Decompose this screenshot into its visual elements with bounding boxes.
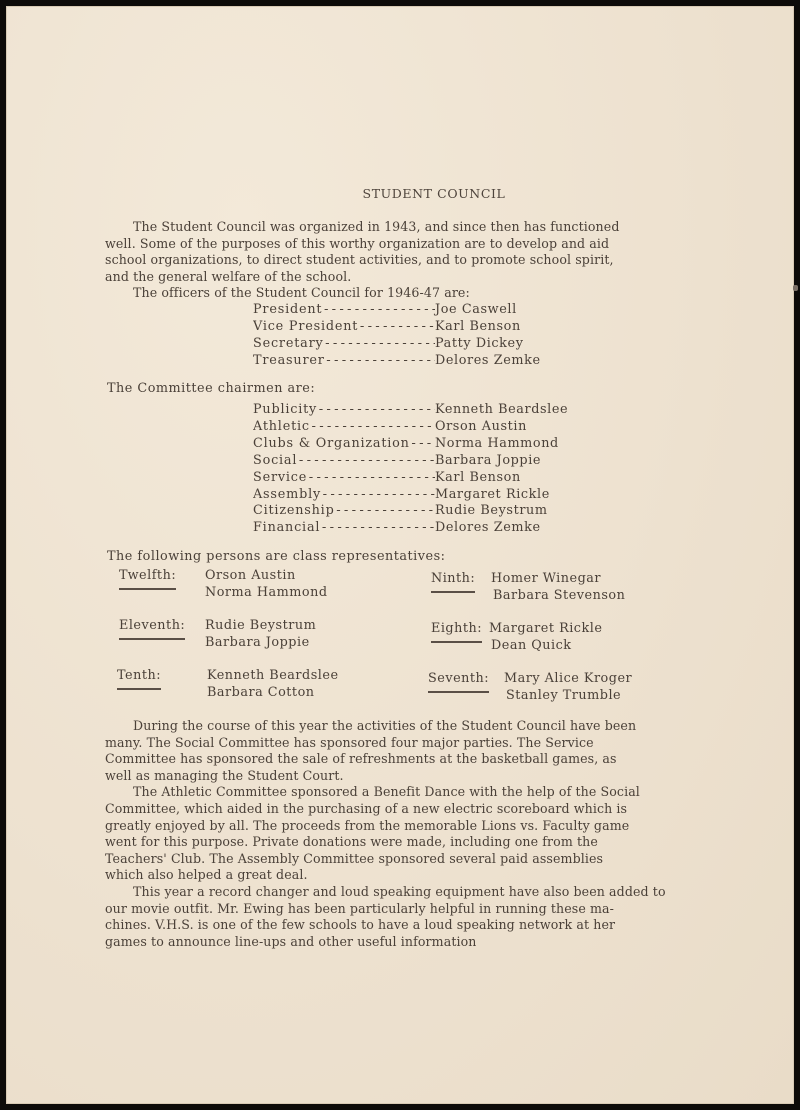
grade-label: Seventh: [428, 670, 489, 693]
grade-label: Tenth: [117, 667, 161, 690]
text-line: greatly enjoyed by all. The proceeds fro… [105, 818, 725, 835]
text-line: Committee, which aided in the purchasing… [105, 801, 725, 818]
committee-chair: Norma Hammond [435, 436, 559, 453]
committee-list: Publicity--------------------Kenneth Bea… [253, 402, 568, 537]
committee-role: Social [253, 453, 297, 468]
officer-row: Secretary--------------------Patty Dicke… [253, 336, 541, 353]
committee-chair: Orson Austin [435, 419, 527, 436]
rep-name: Dean Quick [489, 637, 602, 654]
reps-intro: The following persons are class represen… [107, 549, 445, 564]
committee-row: Citizenship--------------------Rudie Bey… [253, 503, 568, 520]
rep-name: Orson Austin [205, 567, 328, 584]
dash-leader: -------------------- [324, 336, 435, 351]
committee-row: Assembly--------------------Margaret Ric… [253, 487, 568, 504]
committee-row: Service--------------------Karl Benson [253, 470, 568, 487]
text-line: games to announce line-ups and other use… [105, 934, 725, 951]
committee-row: Clubs & Organization--------------------… [253, 436, 568, 453]
grade-label: Twelfth: [119, 567, 176, 590]
rep-name: Homer Winegar [491, 570, 625, 587]
text-line: went for this purpose. Private donations… [105, 834, 725, 851]
committee-role: Clubs & Organization [253, 436, 410, 451]
officer-role: President [253, 302, 322, 317]
text-line: The Athletic Committee sponsored a Benef… [105, 784, 725, 801]
committee-chair: Karl Benson [435, 470, 521, 487]
dash-leader: -------------------- [317, 402, 435, 417]
officers-list: President--------------------Joe Caswell… [253, 302, 541, 370]
document-page: STUDENT COUNCIL The Student Council was … [6, 6, 794, 1104]
dash-leader: -------------------- [410, 436, 435, 451]
grade-label: Eighth: [431, 620, 482, 643]
text-line: During the course of this year the activ… [105, 718, 725, 735]
text-line: school organizations, to direct student … [105, 252, 745, 269]
committee-intro: The Committee chairmen are: [107, 381, 315, 396]
dash-leader: -------------------- [297, 453, 435, 468]
text-line: well. Some of the purposes of this worth… [105, 236, 745, 253]
rep-name: Margaret Rickle [489, 620, 602, 637]
committee-chair: Margaret Rickle [435, 487, 550, 504]
committee-role: Publicity [253, 402, 317, 417]
text-line: many. The Social Committee has sponsored… [105, 735, 725, 752]
dash-leader: -------------------- [320, 520, 435, 535]
rep-name: Norma Hammond [205, 584, 328, 601]
officer-row: President--------------------Joe Caswell [253, 302, 541, 319]
text-line: our movie outfit. Mr. Ewing has been par… [105, 901, 725, 918]
committee-chair: Delores Zemke [435, 520, 541, 537]
committee-row: Publicity--------------------Kenneth Bea… [253, 402, 568, 419]
officer-name: Delores Zemke [435, 353, 541, 370]
dash-leader: -------------------- [310, 419, 435, 434]
text-line: The Student Council was organized in 194… [105, 219, 745, 236]
dash-leader: -------------------- [335, 503, 435, 518]
rep-name: Mary Alice Kroger [504, 670, 632, 687]
officer-name: Joe Caswell [435, 302, 517, 319]
dash-leader: -------------------- [325, 353, 435, 368]
paper-blemish [793, 285, 798, 291]
page-title: STUDENT COUNCIL [7, 186, 793, 201]
committee-role: Athletic [253, 419, 310, 434]
committee-row: Social--------------------Barbara Joppie [253, 453, 568, 470]
officer-role: Treasurer [253, 353, 325, 368]
rep-name: Barbara Stevenson [491, 587, 625, 604]
officer-row: Vice President--------------------Karl B… [253, 319, 541, 336]
officer-name: Patty Dickey [435, 336, 524, 353]
text-line: and the general welfare of the school. [105, 269, 745, 286]
rep-name: Stanley Trumble [504, 687, 632, 704]
committee-role: Citizenship [253, 503, 335, 518]
intro-paragraph: The Student Council was organized in 194… [105, 219, 745, 302]
committee-row: Financial--------------------Delores Zem… [253, 520, 568, 537]
committee-chair: Barbara Joppie [435, 453, 541, 470]
rep-name: Rudie Beystrum [205, 617, 316, 634]
dash-leader: -------------------- [321, 487, 435, 502]
committee-chair: Kenneth Beardslee [435, 402, 568, 419]
committee-role: Assembly [253, 487, 321, 502]
text-line: well as managing the Student Court. [105, 768, 725, 785]
officers-intro: The officers of the Student Council for … [105, 285, 745, 302]
dash-leader: -------------------- [358, 319, 435, 334]
grade-label: Eleventh: [119, 617, 185, 640]
grade-label: Ninth: [431, 570, 475, 593]
officer-role: Secretary [253, 336, 324, 351]
text-line: which also helped a great deal. [105, 867, 725, 884]
officer-name: Karl Benson [435, 319, 521, 336]
committee-role: Financial [253, 520, 320, 535]
committee-role: Service [253, 470, 307, 485]
text-line: chines. V.H.S. is one of the few schools… [105, 917, 725, 934]
committee-row: Athletic--------------------Orson Austin [253, 419, 568, 436]
text-line: Teachers' Club. The Assembly Committee s… [105, 851, 725, 868]
rep-name: Barbara Joppie [205, 634, 316, 651]
officer-role: Vice President [253, 319, 358, 334]
committee-chair: Rudie Beystrum [435, 503, 548, 520]
activities-paragraph-1: During the course of this year the activ… [105, 718, 725, 950]
dash-leader: -------------------- [307, 470, 435, 485]
dash-leader: -------------------- [322, 302, 435, 317]
rep-name: Barbara Cotton [207, 684, 339, 701]
rep-name: Kenneth Beardslee [207, 667, 339, 684]
officer-row: Treasurer--------------------Delores Zem… [253, 353, 541, 370]
text-line: This year a record changer and loud spea… [105, 884, 725, 901]
text-line: Committee has sponsored the sale of refr… [105, 751, 725, 768]
